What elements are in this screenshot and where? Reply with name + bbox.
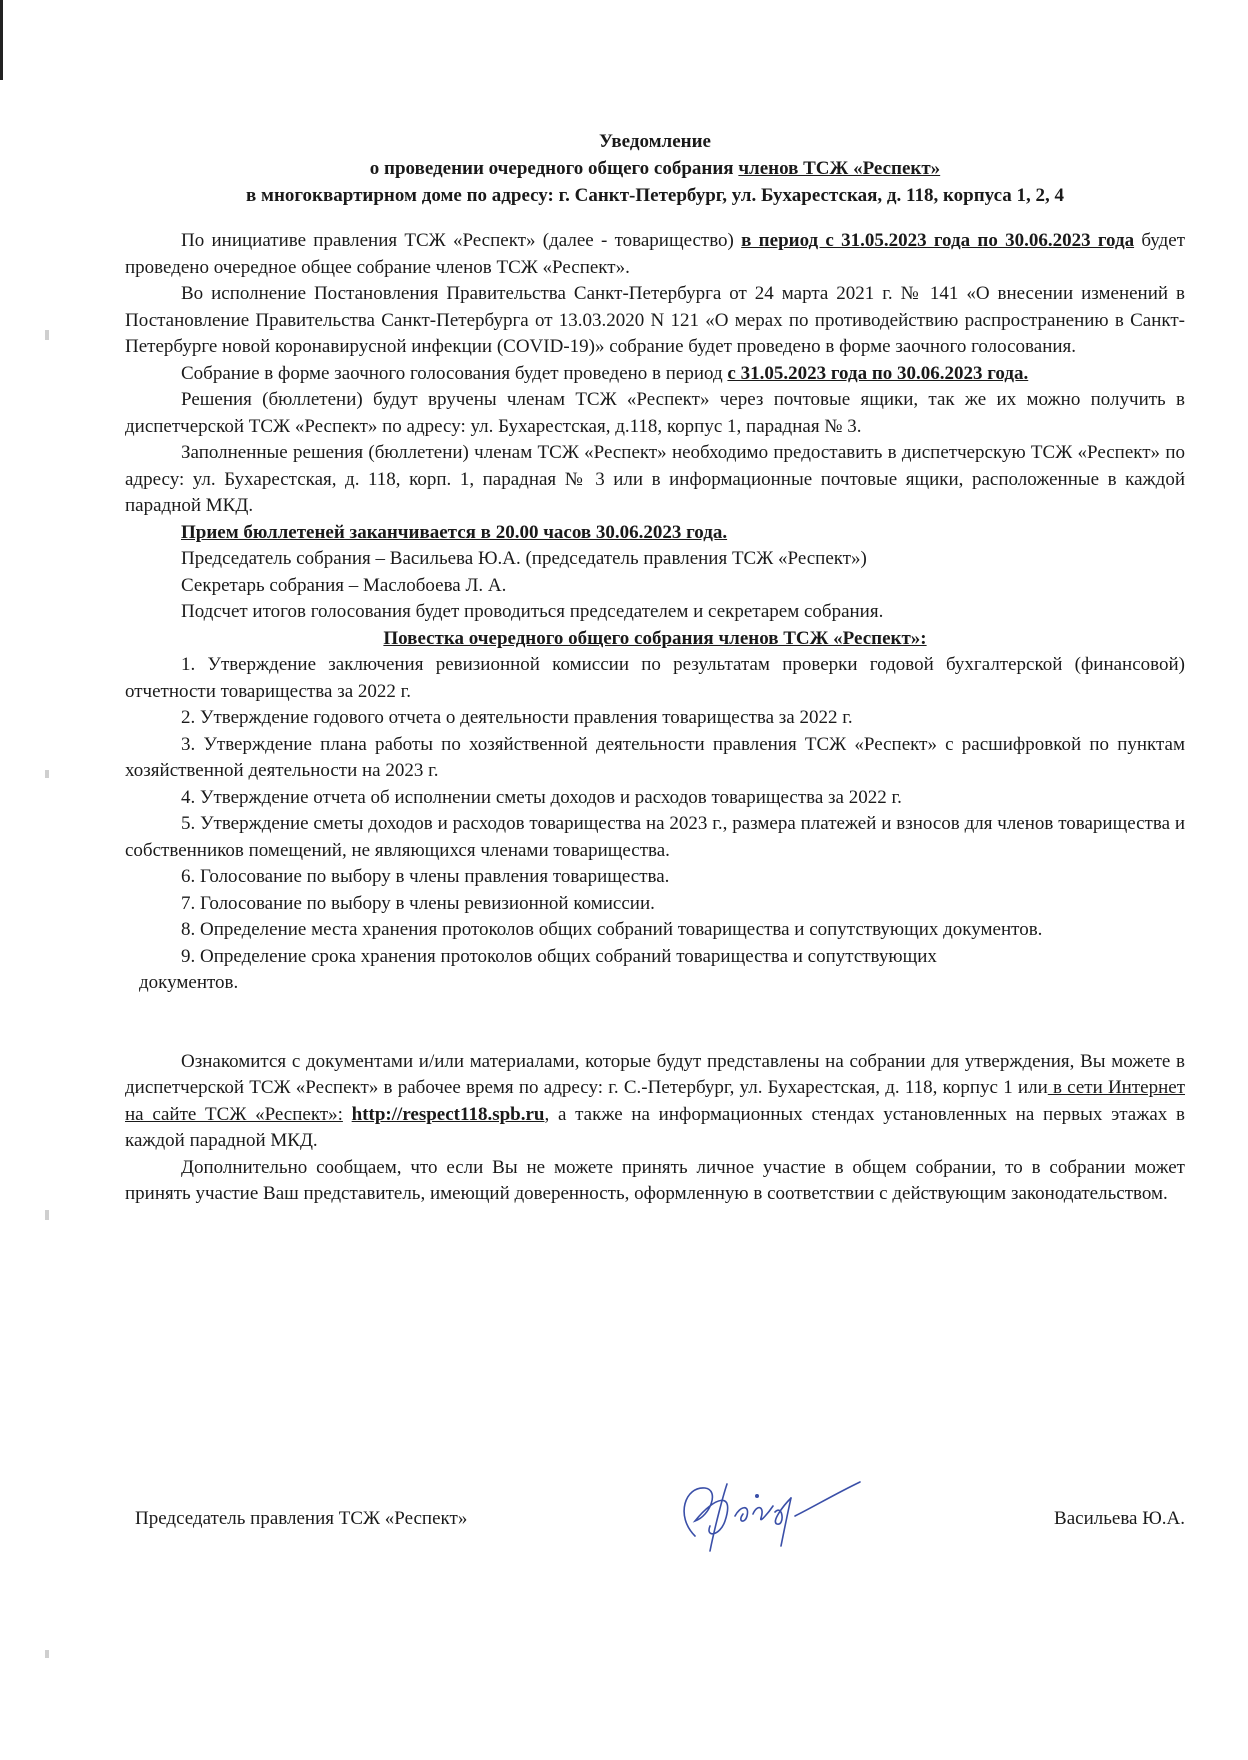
document-header: Уведомление о проведении очередного обще… (125, 128, 1185, 209)
subtitle-text: о проведении очередного общего собрания (370, 158, 739, 179)
deadline-text: Прием бюллетеней заканчивается в 20.00 ч… (181, 522, 727, 543)
paragraph-initiative: По инициативе правления ТСЖ «Респект» (д… (125, 228, 1185, 281)
paragraph-materials: Ознакомится с документами и/или материал… (125, 1049, 1185, 1155)
handwritten-signature-icon (665, 1476, 865, 1556)
agenda-heading: Повестка очередного общего собрания член… (125, 626, 1185, 653)
scan-artifact (45, 1210, 49, 1220)
vote-counting: Подсчет итогов голосования будет проводи… (125, 599, 1185, 626)
meeting-chairman: Председатель собрания – Васильева Ю.А. (… (125, 546, 1185, 573)
document-body: По инициативе правления ТСЖ «Респект» (д… (125, 228, 1185, 1208)
text: Ознакомится с документами и/или материал… (125, 1051, 1185, 1099)
scan-artifact (45, 330, 49, 340)
signer-role: Председатель правления ТСЖ «Респект» (135, 1508, 467, 1530)
agenda-item-6: 6. Голосование по выбору в члены правлен… (125, 864, 1185, 891)
website-link[interactable]: http://respect118.spb.ru (352, 1104, 545, 1125)
paragraph-ballots-delivery: Решения (бюллетени) будут вручены членам… (125, 387, 1185, 440)
agenda-item-7: 7. Голосование по выбору в члены ревизио… (125, 891, 1185, 918)
paragraph-representative: Дополнительно сообщаем, что если Вы не м… (125, 1155, 1185, 1208)
voting-period-highlight: с 31.05.2023 года по 30.06.2023 года. (727, 363, 1028, 384)
agenda-item-3: 3. Утверждение плана работы по хозяйстве… (125, 732, 1185, 785)
meeting-secretary: Секретарь собрания – Маслобоева Л. А. (125, 573, 1185, 600)
text: 9. Определение срока хранения протоколов… (181, 946, 937, 967)
agenda-item-8: 8. Определение места хранения протоколов… (125, 917, 1185, 944)
period-highlight: в период с 31.05.2023 года по 30.06.2023… (741, 230, 1134, 251)
scan-artifact (45, 770, 49, 778)
text: По инициативе правления ТСЖ «Респект» (д… (181, 230, 741, 251)
text: Собрание в форме заочного голосования бу… (181, 363, 727, 384)
scan-artifact (45, 1650, 49, 1658)
agenda-item-2: 2. Утверждение годового отчета о деятель… (125, 705, 1185, 732)
scan-edge (0, 0, 3, 80)
signature-row: Председатель правления ТСЖ «Респект» Вас… (125, 1508, 1185, 1568)
document-address: в многоквартирном доме по адресу: г. Сан… (125, 182, 1185, 209)
text: документов. (125, 972, 238, 993)
signer-name: Васильева Ю.А. (1054, 1508, 1185, 1530)
paragraph-ballots-return: Заполненные решения (бюллетени) членам Т… (125, 440, 1185, 520)
document-subtitle: о проведении очередного общего собрания … (125, 155, 1185, 182)
agenda-item-9: 9. Определение срока хранения протоколов… (125, 944, 1185, 997)
agenda-item-5: 5. Утверждение сметы доходов и расходов … (125, 811, 1185, 864)
deadline: Прием бюллетеней заканчивается в 20.00 ч… (125, 520, 1185, 547)
paragraph-resolution: Во исполнение Постановления Правительств… (125, 281, 1185, 361)
agenda-item-1: 1. Утверждение заключения ревизионной ко… (125, 652, 1185, 705)
agenda-item-4: 4. Утверждение отчета об исполнении смет… (125, 785, 1185, 812)
subtitle-underlined: членов ТСЖ «Респект» (738, 158, 940, 179)
paragraph-voting-period: Собрание в форме заочного голосования бу… (125, 361, 1185, 388)
document-title: Уведомление (125, 128, 1185, 155)
spacer (125, 1023, 1185, 1049)
spacer (125, 997, 1185, 1023)
